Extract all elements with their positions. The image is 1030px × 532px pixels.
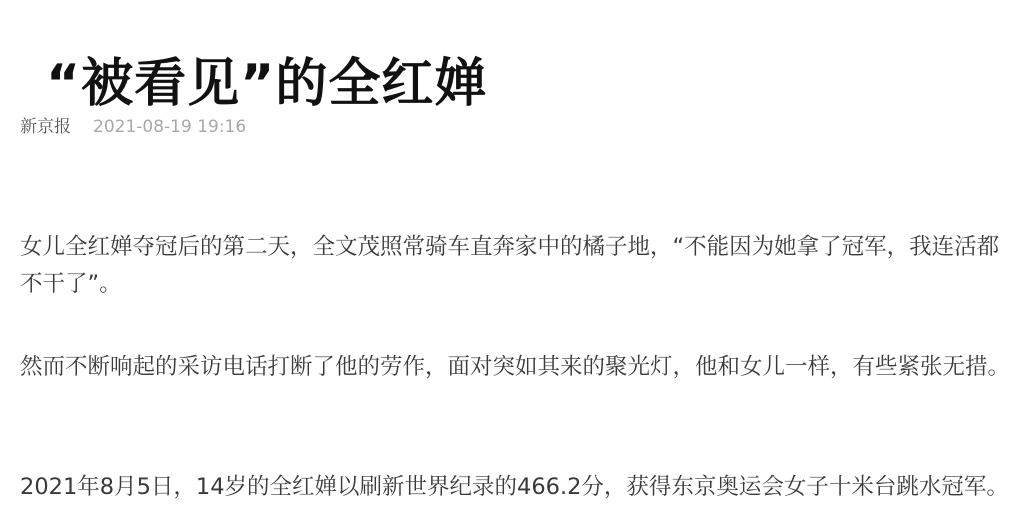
article-timestamp: 2021-08-19 19:16: [93, 117, 246, 137]
article-meta: 新京报2021-08-19 19:16: [20, 116, 246, 138]
article-paragraph: 女儿全红婵夺冠后的第二天，全文茂照常骑车直奔家中的橘子地，“不能因为她拿了冠军，…: [20, 229, 1020, 303]
article-paragraph: 然而不断响起的采访电话打断了他的劳作，面对突如其来的聚光灯，他和女儿一样，有些紧…: [20, 349, 1020, 386]
article-paragraph: 2021年8月5日，14岁的全红婵以刷新世界纪录的466.2分，获得东京奥运会女…: [20, 469, 1020, 506]
article-title: “被看见”的全红婵: [46, 49, 487, 119]
article-source[interactable]: 新京报: [20, 117, 71, 137]
